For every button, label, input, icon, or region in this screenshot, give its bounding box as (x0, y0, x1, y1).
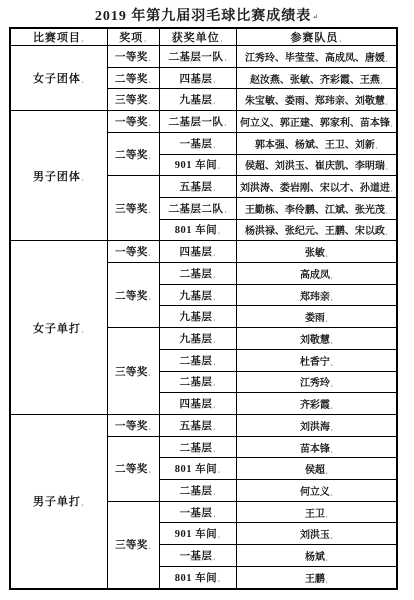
players-cell: 杨洪禄、张纪元、王鹏、宋以政,, (236, 219, 397, 241)
unit-cell: 二基层一队, (159, 111, 236, 133)
unit-cell: 五基层, (159, 176, 236, 198)
players-cell: 郭本强、杨斌、王卫、刘新,, (236, 132, 397, 154)
players-cell-text: 王勤栋、李伶鹏、江斌、张光茂 (245, 205, 385, 216)
paragraph-mark-icon: ↵ (312, 13, 319, 21)
cell-end-mark-icon: , (381, 78, 383, 85)
unit-cell-text: 五基层 (179, 182, 212, 193)
cell-end-mark-icon: , (82, 500, 85, 507)
header-event: 比赛项目, (10, 28, 107, 46)
cell-end-mark-icon: , (218, 467, 220, 474)
cell-end-mark-icon: , (213, 380, 215, 387)
award-cell: 二等奖, (107, 67, 159, 89)
cell-end-mark-icon: , (331, 295, 333, 302)
award-cell: 二等奖, (107, 436, 159, 501)
players-cell: 张敏,, (236, 241, 397, 263)
players-cell-text: 王鹏 (305, 574, 325, 585)
players-cell: 赵汝燕、张敏、齐彩霞、王燕,, (236, 67, 397, 89)
cell-end-mark-icon: , (331, 273, 333, 280)
players-cell-text: 杨斌 (305, 552, 325, 563)
players-cell: 刘敬慧,, (236, 328, 397, 350)
cell-end-mark-icon: , (326, 316, 328, 323)
players-cell: 侯超,, (236, 458, 397, 480)
award-cell-text: 二等奖 (115, 150, 148, 161)
unit-cell-text: 一基层 (179, 551, 212, 562)
players-cell: 王勤栋、李伶鹏、江斌、张光茂,, (236, 197, 397, 219)
players-cell: 刘洪玉,, (236, 523, 397, 545)
cell-end-mark-icon: , (82, 327, 85, 334)
cell-end-mark-icon: , (331, 533, 333, 540)
unit-cell-text: 四基层 (179, 74, 212, 85)
unit-cell: 一基层, (159, 501, 236, 523)
players-cell: 刘洪涛、娄岩刚、宋以才、孙道进,, (236, 176, 397, 198)
unit-cell: 801 车间, (159, 219, 236, 241)
cell-end-mark-icon: , (82, 77, 85, 84)
cell-end-mark-icon: , (326, 577, 328, 584)
players-cell-text: 齐彩霞 (300, 400, 330, 411)
cell-end-mark-icon: , (149, 370, 151, 377)
players-cell: 何立义、郭正建、郭家利、苗本锋,, (236, 111, 397, 133)
cell-end-mark-icon: , (326, 251, 328, 258)
cell-end-mark-icon: , (213, 142, 215, 149)
cell-end-mark-icon: , (213, 315, 215, 322)
players-cell-text: 张敏 (305, 248, 325, 259)
award-cell: 一等奖, (107, 46, 159, 68)
unit-cell-text: 一基层 (179, 139, 212, 150)
unit-cell-text: 九基层 (179, 312, 212, 323)
unit-cell-text: 九基层 (179, 291, 212, 302)
header-event-label: 比赛项目 (33, 32, 81, 44)
cell-end-mark-icon: , (213, 185, 215, 192)
award-cell: 一等奖, (107, 414, 159, 436)
players-cell: 刘洪海,, (236, 414, 397, 436)
players-cell: 王鹏,, (236, 566, 397, 589)
unit-cell: 901 车间, (159, 154, 236, 176)
players-cell-text: 郭本强、杨斌、王卫、刘新 (255, 140, 375, 151)
players-cell-text: 杨洪禄、张纪元、王鹏、宋以政 (245, 226, 385, 237)
cell-end-mark-icon: , (224, 55, 226, 62)
table-row: 男子团体,一等奖,二基层一队,何立义、郭正建、郭家利、苗本锋,, (10, 111, 397, 133)
cell-end-mark-icon: , (149, 55, 151, 62)
cell-end-mark-icon: , (339, 36, 342, 43)
players-cell-text: 侯超、刘洪玉、崔庆凯、李明瑞 (245, 161, 385, 172)
players-cell: 杜香宁,, (236, 349, 397, 371)
header-award: 奖项, (107, 28, 159, 46)
unit-cell: 901 车间, (159, 523, 236, 545)
cell-end-mark-icon: , (213, 294, 215, 301)
cell-end-mark-icon: , (331, 490, 333, 497)
event-cell-text: 女子团体 (33, 73, 81, 85)
unit-cell-text: 二基层 (179, 356, 212, 367)
cell-end-mark-icon: , (218, 163, 220, 170)
players-cell-text: 何立义 (300, 487, 330, 498)
results-table-body: 女子团体,一等奖,二基层一队,江秀玲、毕莹莹、高成凤、唐媛,,二等奖,四基层,赵… (10, 46, 397, 590)
players-cell-text: 苗本锋 (300, 444, 330, 455)
event-cell-text: 男子团体 (33, 171, 81, 183)
cell-end-mark-icon: , (213, 250, 215, 257)
unit-cell: 二基层一队, (159, 46, 236, 68)
unit-cell: 九基层, (159, 89, 236, 111)
event-cell-text: 男子单打 (33, 496, 81, 508)
event-cell-text: 女子单打 (33, 323, 81, 335)
cell-end-mark-icon: , (149, 207, 151, 214)
players-cell: 杨斌,, (236, 545, 397, 567)
cell-end-mark-icon: , (213, 77, 215, 84)
unit-cell: 九基层, (159, 306, 236, 328)
cell-end-mark-icon: , (224, 120, 226, 127)
unit-cell-text: 901 车间 (175, 160, 217, 171)
cell-end-mark-icon: , (386, 208, 388, 215)
cell-end-mark-icon: , (218, 228, 220, 235)
unit-cell-text: 九基层 (179, 95, 212, 106)
players-cell-text: 江秀玲 (300, 378, 330, 389)
cell-end-mark-icon: , (149, 98, 151, 105)
unit-cell-text: 五基层 (179, 421, 212, 432)
unit-cell: 一基层, (159, 132, 236, 154)
cell-end-mark-icon: , (149, 77, 151, 84)
award-cell: 二等奖, (107, 263, 159, 328)
players-cell: 侯超、刘洪玉、崔庆凯、李明瑞,, (236, 154, 397, 176)
table-row: 男子单打,一等奖,五基层,刘洪海,, (10, 414, 397, 436)
cell-end-mark-icon: , (331, 338, 333, 345)
cell-end-mark-icon: , (149, 294, 151, 301)
players-cell-text: 王卫 (305, 509, 325, 520)
players-cell: 苗本锋,, (236, 436, 397, 458)
event-cell: 男子团体, (10, 111, 107, 241)
cell-end-mark-icon: , (149, 543, 151, 550)
unit-cell: 四基层, (159, 393, 236, 415)
players-cell-text: 刘洪玉 (300, 530, 330, 541)
players-cell: 何立义,, (236, 480, 397, 502)
results-table: 比赛项目, 奖项, 获奖单位, 参赛队员, 女子团体,一等奖,二基层一队,江秀玲… (9, 27, 398, 590)
header-unit: 获奖单位, (159, 28, 236, 46)
players-cell-text: 刘洪涛、娄岩刚、宋以才、孙道进 (240, 183, 390, 194)
header-players: 参赛队员, (236, 28, 397, 46)
unit-cell-text: 九基层 (179, 334, 212, 345)
cell-end-mark-icon: , (386, 99, 388, 106)
cell-end-mark-icon: , (376, 143, 378, 150)
players-cell: 齐彩霞,, (236, 393, 397, 415)
unit-cell: 五基层, (159, 414, 236, 436)
unit-cell-text: 901 车间 (175, 529, 217, 540)
players-cell-text: 娄雨 (305, 313, 325, 324)
unit-cell-text: 801 车间 (175, 225, 217, 236)
unit-cell: 二基层, (159, 263, 236, 285)
players-cell-text: 江秀玲、毕莹莹、高成凤、唐媛 (245, 53, 385, 64)
unit-cell-text: 二基层一队 (168, 117, 223, 128)
unit-cell-text: 二基层 (179, 377, 212, 388)
cell-end-mark-icon: , (213, 272, 215, 279)
award-cell-text: 二等奖 (115, 464, 148, 475)
unit-cell: 二基层, (159, 349, 236, 371)
cell-end-mark-icon: , (82, 175, 85, 182)
players-cell: 郑玮亲,, (236, 284, 397, 306)
unit-cell-text: 一基层 (179, 508, 212, 519)
cell-end-mark-icon: , (331, 360, 333, 367)
unit-cell-text: 二基层二队 (168, 204, 223, 215)
table-row: 女子团体,一等奖,二基层一队,江秀玲、毕莹莹、高成凤、唐媛,, (10, 46, 397, 68)
unit-cell: 801 车间, (159, 566, 236, 589)
cell-end-mark-icon: , (213, 337, 215, 344)
cell-end-mark-icon: , (331, 403, 333, 410)
unit-cell: 四基层, (159, 241, 236, 263)
cell-end-mark-icon: , (386, 56, 388, 63)
cell-end-mark-icon: , (144, 36, 147, 43)
header-row: 比赛项目, 奖项, 获奖单位, 参赛队员, (10, 28, 397, 46)
players-cell: 王卫,, (236, 501, 397, 523)
unit-cell-text: 二基层 (179, 486, 212, 497)
award-cell: 三等奖, (107, 176, 159, 241)
cell-end-mark-icon: , (218, 532, 220, 539)
cell-end-mark-icon: , (213, 424, 215, 431)
unit-cell: 九基层, (159, 284, 236, 306)
cell-end-mark-icon: , (331, 381, 333, 388)
unit-cell: 二基层, (159, 371, 236, 393)
unit-cell-text: 801 车间 (175, 573, 217, 584)
players-cell-text: 刘洪海 (300, 422, 330, 433)
players-cell-text: 高成凤 (300, 270, 330, 281)
cell-end-mark-icon: , (213, 446, 215, 453)
unit-cell: 一基层, (159, 545, 236, 567)
header-unit-label: 获奖单位 (172, 32, 220, 44)
award-cell-text: 三等奖 (115, 367, 148, 378)
cell-end-mark-icon: , (149, 424, 151, 431)
cell-end-mark-icon: , (386, 229, 388, 236)
cell-end-mark-icon: , (224, 207, 226, 214)
unit-cell-text: 二基层 (179, 443, 212, 454)
cell-end-mark-icon: , (331, 447, 333, 454)
award-cell-text: 三等奖 (115, 204, 148, 215)
players-cell-text: 何立义、郭正建、郭家利、苗本锋 (240, 118, 390, 129)
unit-cell: 二基层二队, (159, 197, 236, 219)
award-cell-text: 一等奖 (115, 421, 148, 432)
players-cell-text: 刘敬慧 (300, 335, 330, 346)
cell-end-mark-icon: , (149, 153, 151, 160)
event-cell: 女子单打, (10, 241, 107, 415)
award-cell-text: 二等奖 (115, 74, 148, 85)
players-cell: 江秀玲,, (236, 371, 397, 393)
cell-end-mark-icon: , (326, 555, 328, 562)
cell-end-mark-icon: , (82, 36, 85, 43)
players-cell-text: 侯超 (305, 465, 325, 476)
page-title: 2019 年第九届羽毛球比赛成绩表↵ (0, 5, 414, 25)
players-cell-text: 赵汝燕、张敏、齐彩霞、王燕 (250, 75, 380, 86)
award-cell: 三等奖, (107, 501, 159, 589)
cell-end-mark-icon: , (213, 359, 215, 366)
cell-end-mark-icon: , (149, 120, 151, 127)
award-cell: 三等奖, (107, 89, 159, 111)
award-cell: 一等奖, (107, 241, 159, 263)
cell-end-mark-icon: , (213, 98, 215, 105)
unit-cell: 四基层, (159, 67, 236, 89)
cell-end-mark-icon: , (213, 554, 215, 561)
award-cell-text: 三等奖 (115, 540, 148, 551)
cell-end-mark-icon: , (213, 511, 215, 518)
event-cell: 男子单打, (10, 414, 107, 589)
event-cell: 女子团体, (10, 46, 107, 111)
players-cell: 江秀玲、毕莹莹、高成凤、唐媛,, (236, 46, 397, 68)
cell-end-mark-icon: , (213, 402, 215, 409)
cell-end-mark-icon: , (391, 186, 393, 193)
cell-end-mark-icon: , (213, 489, 215, 496)
players-cell-text: 杜香宁 (300, 357, 330, 368)
unit-cell-text: 四基层 (179, 247, 212, 258)
header-players-label: 参赛队员 (290, 32, 338, 44)
players-cell-text: 郑玮亲 (300, 292, 330, 303)
cell-end-mark-icon: , (149, 250, 151, 257)
unit-cell: 二基层, (159, 436, 236, 458)
players-cell: 娄雨,, (236, 306, 397, 328)
cell-end-mark-icon: , (386, 164, 388, 171)
table-row: 女子单打,一等奖,四基层,张敏,, (10, 241, 397, 263)
cell-end-mark-icon: , (326, 512, 328, 519)
cell-end-mark-icon: , (331, 425, 333, 432)
award-cell-text: 一等奖 (115, 247, 148, 258)
unit-cell-text: 四基层 (179, 399, 212, 410)
award-cell-text: 一等奖 (115, 117, 148, 128)
players-cell: 高成凤,, (236, 263, 397, 285)
award-cell: 一等奖, (107, 111, 159, 133)
cell-end-mark-icon: , (326, 468, 328, 475)
page-title-text: 2019 年第九届羽毛球比赛成绩表 (95, 9, 312, 24)
players-cell: 朱宝敏、娄雨、郑玮亲、刘敬慧,, (236, 89, 397, 111)
award-cell: 二等奖, (107, 132, 159, 175)
cell-end-mark-icon: , (221, 36, 224, 43)
cell-end-mark-icon: , (149, 467, 151, 474)
unit-cell-text: 801 车间 (175, 464, 217, 475)
cell-end-mark-icon: , (391, 121, 393, 128)
unit-cell: 801 车间, (159, 458, 236, 480)
unit-cell-text: 二基层 (179, 269, 212, 280)
unit-cell-text: 二基层一队 (168, 52, 223, 63)
unit-cell: 九基层, (159, 328, 236, 350)
award-cell: 三等奖, (107, 328, 159, 415)
award-cell-text: 一等奖 (115, 52, 148, 63)
unit-cell: 二基层, (159, 480, 236, 502)
players-cell-text: 朱宝敏、娄雨、郑玮亲、刘敬慧 (245, 96, 385, 107)
cell-end-mark-icon: , (218, 576, 220, 583)
award-cell-text: 三等奖 (115, 95, 148, 106)
award-cell-text: 二等奖 (115, 291, 148, 302)
header-award-label: 奖项 (119, 32, 143, 44)
